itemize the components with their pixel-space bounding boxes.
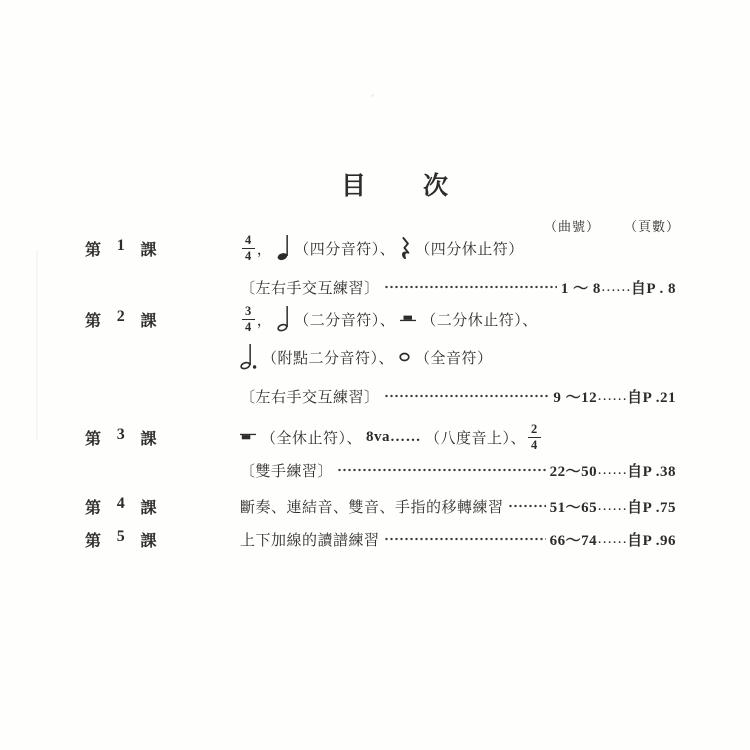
dotted-leader [384,279,557,295]
whole-note-icon [399,352,410,362]
scan-speck [151,119,153,121]
page-reference: 自P . 8 [631,277,676,298]
lesson-topic: 斷奏、連結音、雙音、手指的移轉練習 [240,496,504,517]
lesson-4-label: 第 4 課 [85,495,157,518]
half-rest-icon [400,315,416,323]
lesson-label-suffix: 課 [140,237,157,260]
comma: ， [257,309,273,330]
song-range: 66～74 [550,529,598,550]
note-name: （二分休止符）、 [421,309,538,330]
lesson-label-number: 4 [117,495,126,518]
leader-dots: …… [597,388,627,405]
note-name: （四分音符）、 [294,238,395,259]
scan-speck [371,94,374,97]
song-range: 51～65 [550,496,598,517]
half-note-icon [277,306,289,332]
lesson-1-label: 第 1 課 [85,237,157,260]
lesson-label-suffix: 課 [140,495,157,518]
note-name: （全休止符）、 [261,427,362,448]
song-range: 9 ～12 [553,386,597,407]
leader-dots: …… [601,279,631,296]
dotted-leader [337,462,546,478]
lesson-3-heading: 第 3 課 （全休止符）、 8va…… （八度音上）、 2 4 [85,421,676,453]
time-signature-3-4: 3 4 [242,305,255,334]
lesson-label-prefix: 第 [85,426,102,449]
dotted-leader [384,388,550,404]
lesson-2-heading-line2: （附點二分音符）、 （全音符） [85,344,676,370]
whole-rest-icon [240,433,256,441]
song-range: 22～50 [550,460,598,481]
lesson-2-heading: 第 2 課 3 4 ， （二分音符）、 （二分休止符）、 [85,303,676,335]
dotted-leader [384,531,546,547]
lesson-label-suffix: 課 [140,308,157,331]
lesson-label-number: 3 [117,426,126,449]
practice-label: 〔雙手練習〕 [240,460,333,481]
octave-marking: 8va…… [366,429,421,446]
lesson-label-prefix: 第 [85,308,102,331]
lesson-topic: 上下加線的讀譜練習 [240,529,380,550]
leader-dots: …… [597,498,627,515]
lesson-3-label: 第 3 課 [85,426,157,449]
lesson-3-practice: 〔雙手練習〕 22～50 …… 自P .38 [85,459,676,481]
lesson-label-suffix: 課 [140,426,157,449]
lesson-label-prefix: 第 [85,237,102,260]
page-title-char: 目 [341,166,367,202]
lesson-label-number: 2 [117,308,126,331]
lesson-label-number: 1 [117,237,126,260]
page-reference: 自P .96 [627,529,676,550]
page-reference: 自P .21 [627,386,676,407]
toc-page: 目 次 （曲號） （頁數） 第 1 課 4 4 ， （四分音符）、 [0,0,750,750]
lesson-label-prefix: 第 [85,495,102,518]
lesson-2-label: 第 2 課 [85,308,157,331]
note-name: （二分音符）、 [294,309,395,330]
page-reference: 自P .38 [627,460,676,481]
page-reference: 自P .75 [627,496,676,517]
dotted-half-note-icon [240,344,257,370]
song-range: 1 ～ 8 [561,277,601,298]
practice-label: 〔左右手交互練習〕 [240,277,380,298]
note-name: （全音符） [415,347,493,368]
comma: ， [257,238,273,259]
lesson-5-label: 第 5 課 [85,528,157,551]
lesson-2-practice: 〔左右手交互練習〕 9 ～12 …… 自P .21 [85,385,676,407]
lesson-1-practice: 〔左右手交互練習〕 1 ～ 8 …… 自P . 8 [85,276,676,298]
note-name: （附點二分音符）、 [262,347,394,368]
note-name: （四分休止符） [415,238,524,259]
leader-dots: …… [597,531,627,548]
lesson-label-suffix: 課 [140,528,157,551]
practice-label: 〔左右手交互練習〕 [240,386,380,407]
scan-smudge [36,250,38,440]
quarter-note-icon [277,235,289,261]
lesson-1-heading: 第 1 課 4 4 ， （四分音符）、 （四分休止符） [85,232,676,264]
octave-label: （八度音上）、 [425,427,526,448]
quarter-rest-icon [400,237,410,260]
dotted-leader [508,498,546,514]
lesson-4-entry: 第 4 課 斷奏、連結音、雙音、手指的移轉練習 51～65 …… 自P .75 [85,495,676,517]
time-signature-2-4: 2 4 [528,423,541,452]
leader-dots: …… [597,462,627,479]
lesson-label-number: 5 [117,528,126,551]
page-title-char: 次 [423,166,449,202]
page-title: 目 次 [0,166,750,202]
lesson-label-prefix: 第 [85,528,102,551]
time-signature-4-4: 4 4 [242,234,255,263]
lesson-5-entry: 第 5 課 上下加線的讀譜練習 66～74 …… 自P .96 [85,528,676,550]
